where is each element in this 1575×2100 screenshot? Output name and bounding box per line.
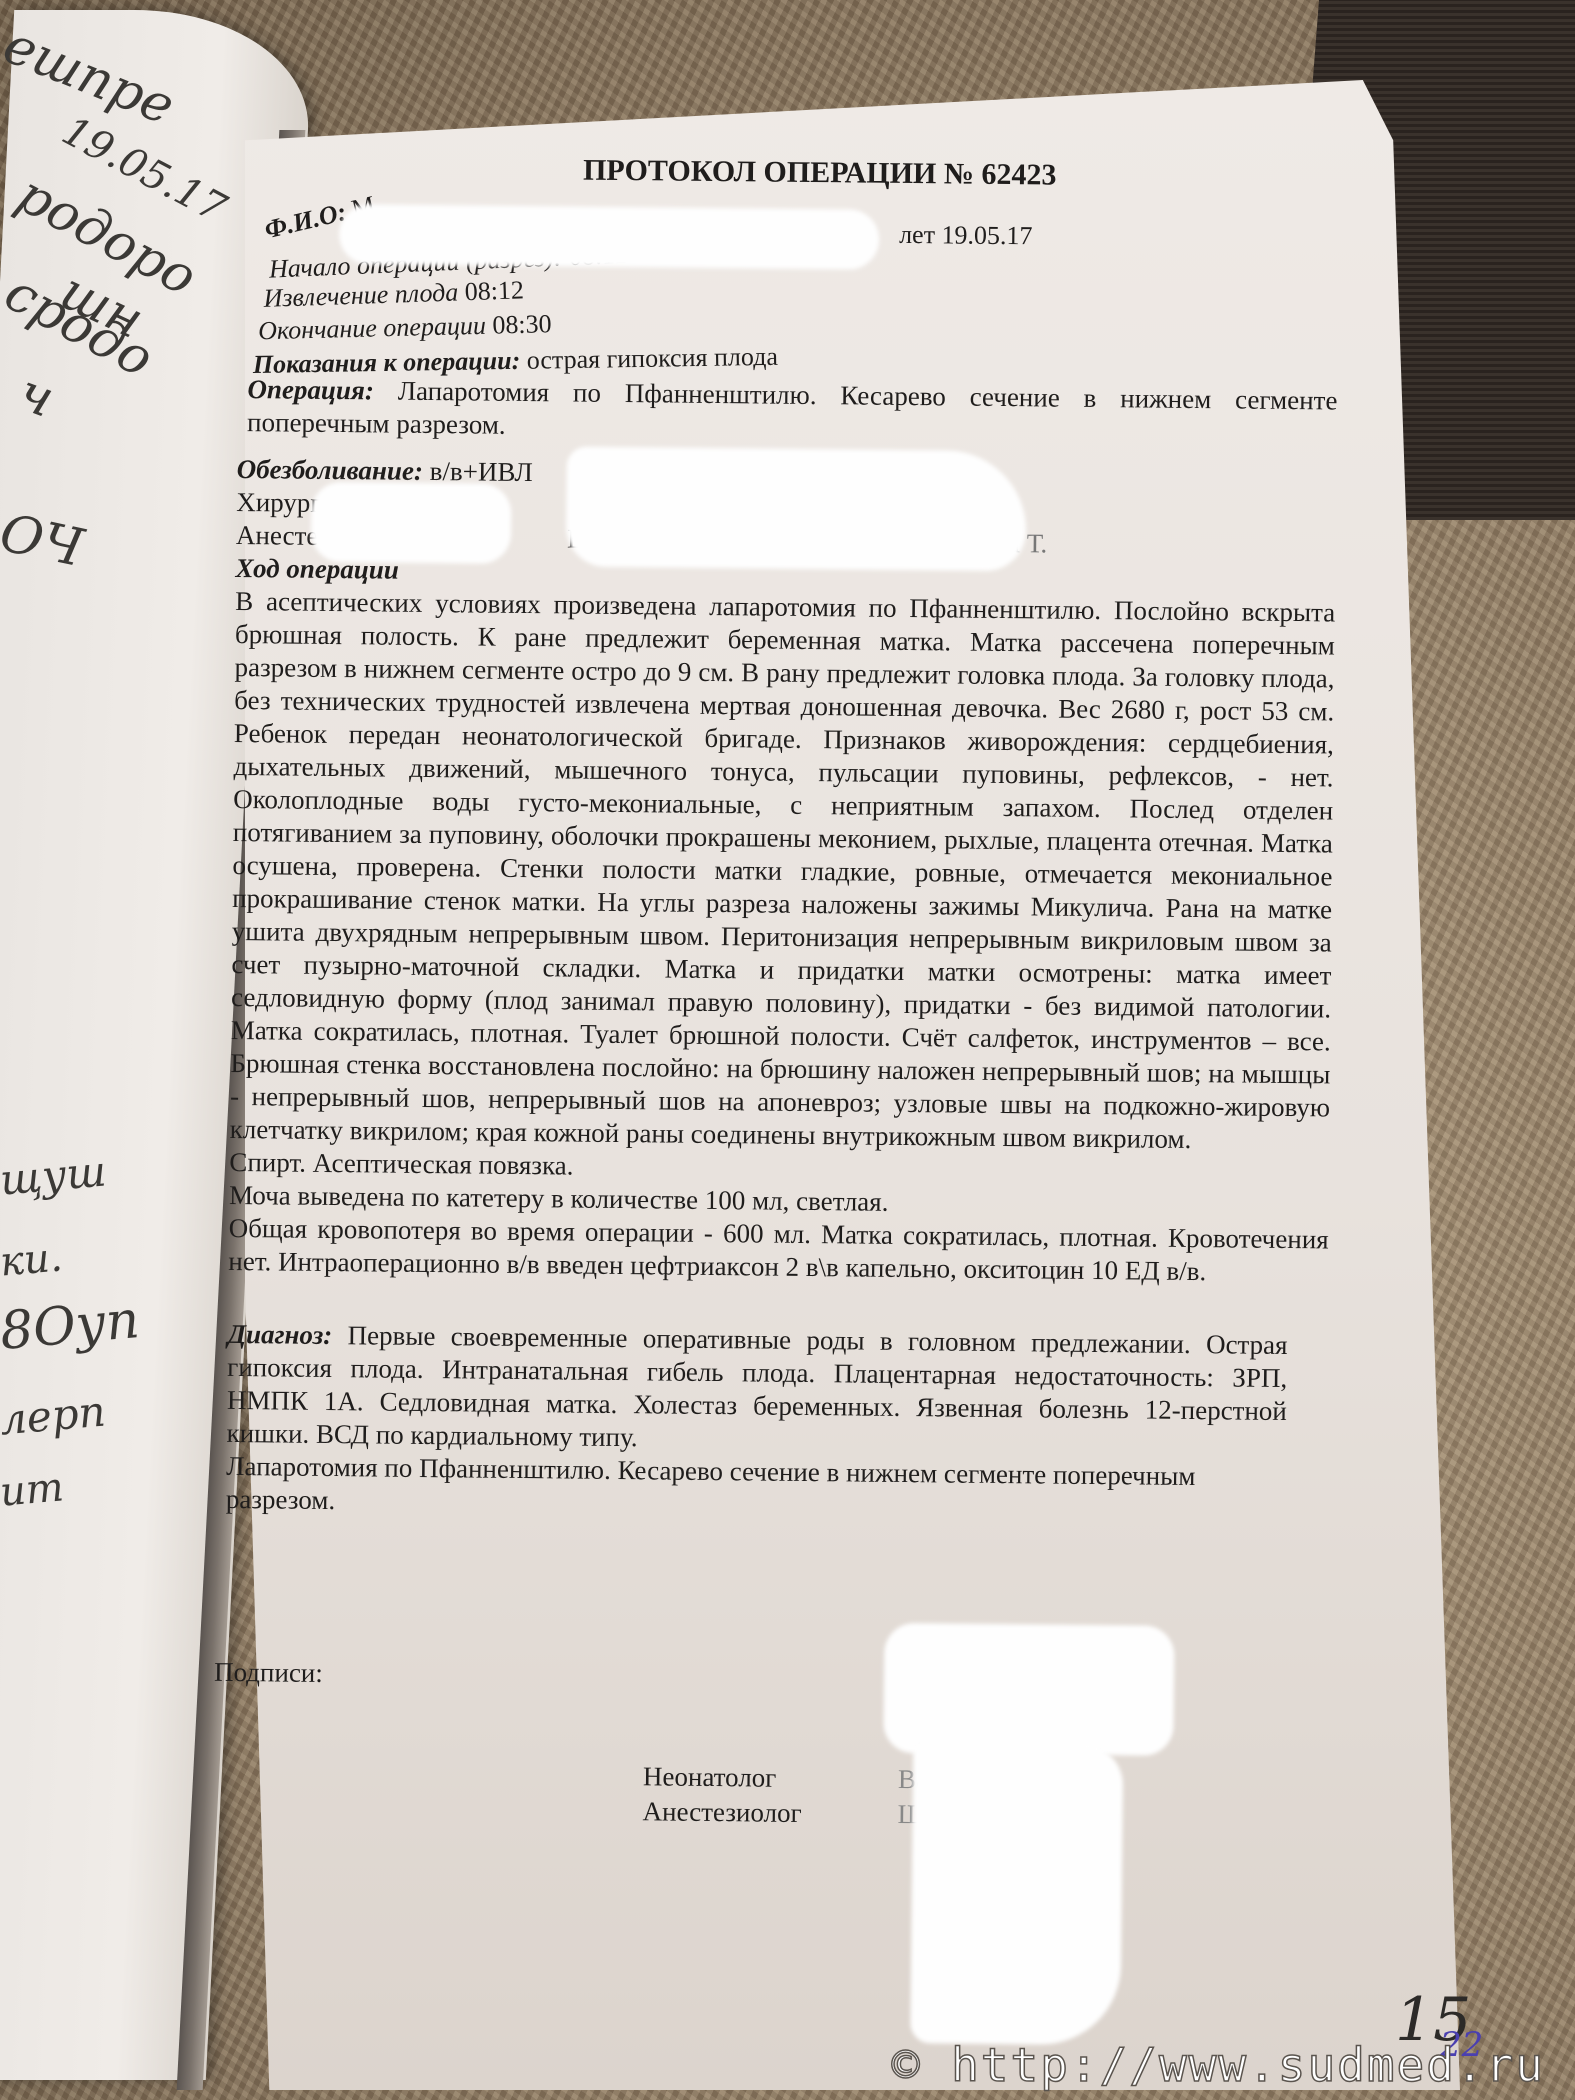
- handwriting-line: ит: [0, 1467, 65, 1512]
- anesthesia-label: Обезболивание:: [237, 454, 424, 486]
- extraction-label: Извлечение плода: [263, 277, 459, 312]
- indications-value: острая гипоксия плода: [526, 342, 778, 375]
- handwritten-notes: ешпре 19.05.17 родоро шн сродо ч ОЧ щуш …: [0, 0, 240, 2100]
- redaction-mark: [339, 204, 880, 270]
- operation-protocol: ПРОТОКОЛ ОПЕРАЦИИ № 62423 Ф.И.О: М лет 1…: [222, 150, 1340, 1867]
- signatures-label: Подписи:: [214, 1656, 323, 1690]
- end-label: Окончание операции: [258, 311, 486, 346]
- course-text: В асептических условиях произведена лапа…: [230, 585, 1336, 1157]
- diagnosis-label: Диагноз:: [227, 1319, 332, 1350]
- header-fields: Ф.И.О: М лет 19.05.17 Начало операции (р…: [237, 213, 1340, 475]
- operation-type: Операция: Лапаротомия по Пфанненштилю. К…: [247, 373, 1338, 450]
- fio-label: Ф.И.О:: [262, 197, 349, 244]
- diagnosis-text: Первые своевременные оперативные роды в …: [226, 1320, 1287, 1452]
- extraction-time: 08:12: [464, 275, 524, 306]
- redaction-mark: [311, 482, 512, 564]
- handwriting-line: щуш: [0, 1150, 108, 1201]
- diagnosis: Диагноз: Первые своевременные оперативны…: [226, 1318, 1287, 1461]
- signatures: Подписи: Неонатолог Анестезиолог Ва Ш: [222, 1656, 1324, 1868]
- blood-loss-text: Общая кровопотеря во время операции - 60…: [228, 1212, 1329, 1290]
- handwriting-line: ч: [12, 366, 60, 426]
- operation-value: Лапаротомия по Пфанненштилю. Кесарево се…: [247, 376, 1338, 440]
- sign-anesthesiologist: Анестезиолог: [642, 1795, 801, 1830]
- handwriting-line: лерп: [0, 1390, 107, 1441]
- handwriting-line: 8Оуп: [0, 1294, 141, 1358]
- watermark: © http://www.sudmed.ru: [892, 2038, 1545, 2092]
- handwriting-line: ОЧ: [0, 507, 87, 575]
- redaction-mark: [910, 1743, 1123, 2045]
- staff-section: Обезболивание: в/в+ИВЛ Хирург – Анестези…: [236, 453, 1337, 564]
- patient-age-date: лет 19.05.17: [899, 218, 1033, 252]
- redaction-mark: [566, 446, 1027, 571]
- sign-neonatologist: Неонатолог: [643, 1760, 777, 1794]
- handwriting-line: ки.: [0, 1237, 64, 1282]
- operation-label: Операция:: [247, 374, 374, 405]
- diagnosis-operation: Лапаротомия по Пфанненштилю. Кесарево се…: [226, 1450, 1257, 1527]
- redaction-mark: [883, 1623, 1174, 1756]
- operation-end: Окончание операции 08:30: [258, 307, 552, 347]
- end-time: 08:30: [492, 309, 552, 339]
